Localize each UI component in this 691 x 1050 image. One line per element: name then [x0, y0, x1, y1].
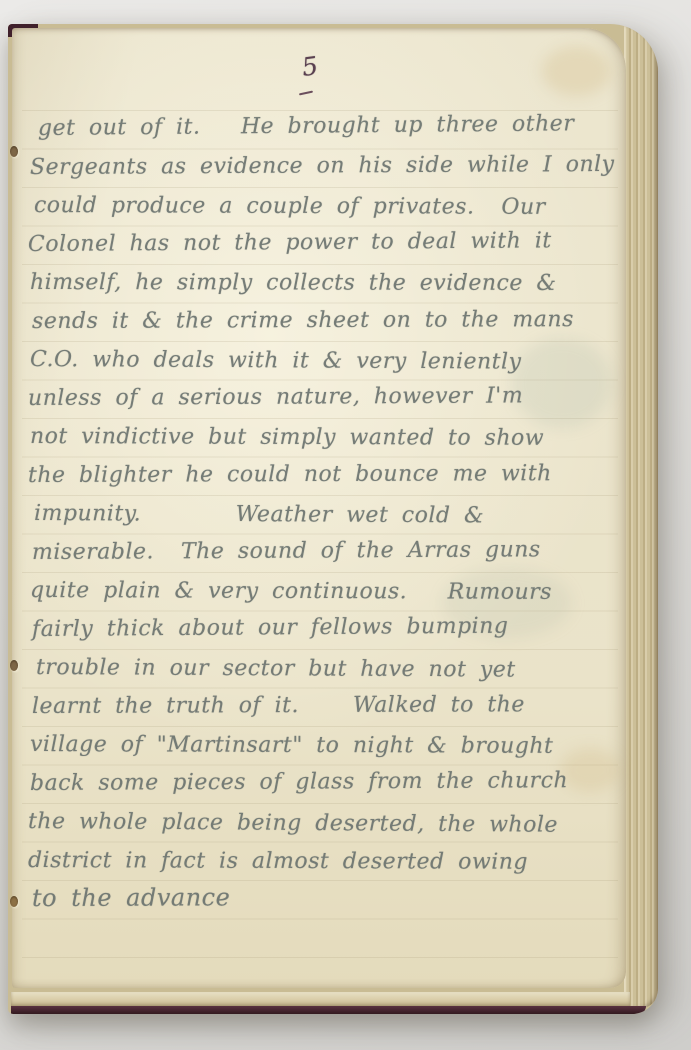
manuscript-line: could produce a couple of privates. Our — [34, 192, 546, 221]
manuscript-line: Sergeants as evidence on his side while … — [30, 151, 615, 181]
page-stack-edge-bottom — [11, 992, 630, 1007]
manuscript-line: sends it & the crime sheet on to the man… — [32, 306, 574, 335]
manuscript-line: learnt the truth of it. Walked to the — [32, 691, 525, 720]
manuscript-line: district in fact is almost deserted owin… — [28, 847, 528, 876]
manuscript-text: get out of it. He brought up three other… — [12, 28, 626, 988]
manuscript-line: fairly thick about our fellows bumping — [32, 613, 509, 643]
manuscript-line: miserable. The sound of the Arras guns — [32, 536, 541, 566]
notebook: 5 get out of it. He brought up three oth… — [8, 24, 658, 1014]
manuscript-line: Colonel has not the power to deal with i… — [28, 227, 552, 258]
photo-background: 5 get out of it. He brought up three oth… — [0, 0, 691, 1050]
manuscript-line: trouble in our sector but have not yet — [36, 654, 516, 684]
manuscript-line: back some pieces of glass from the churc… — [30, 767, 568, 797]
manuscript-line: get out of it. He brought up three other — [38, 110, 575, 142]
manuscript-line: not vindictive but simply wanted to show — [30, 423, 544, 452]
manuscript-line: village of "Martinsart" to night & broug… — [30, 731, 553, 760]
manuscript-line: to the advance — [32, 884, 230, 912]
manuscript-line: impunity. Weather wet cold & — [34, 500, 484, 529]
manuscript-line: himself, he simply collects the evidence… — [30, 269, 557, 297]
manuscript-line: the whole place being deserted, the whol… — [28, 808, 558, 839]
manuscript-line: the blighter he could not bounce me with — [28, 460, 552, 489]
notebook-page: 5 get out of it. He brought up three oth… — [12, 28, 626, 988]
manuscript-line: C.O. who deals with it & very leniently — [30, 346, 522, 376]
manuscript-line: unless of a serious nature, however I'm — [28, 382, 523, 412]
manuscript-line: quite plain & very continuous. Rumours — [30, 577, 552, 606]
cover-edge-bottom — [11, 1006, 646, 1014]
page-stack-edge-right — [624, 24, 658, 1008]
